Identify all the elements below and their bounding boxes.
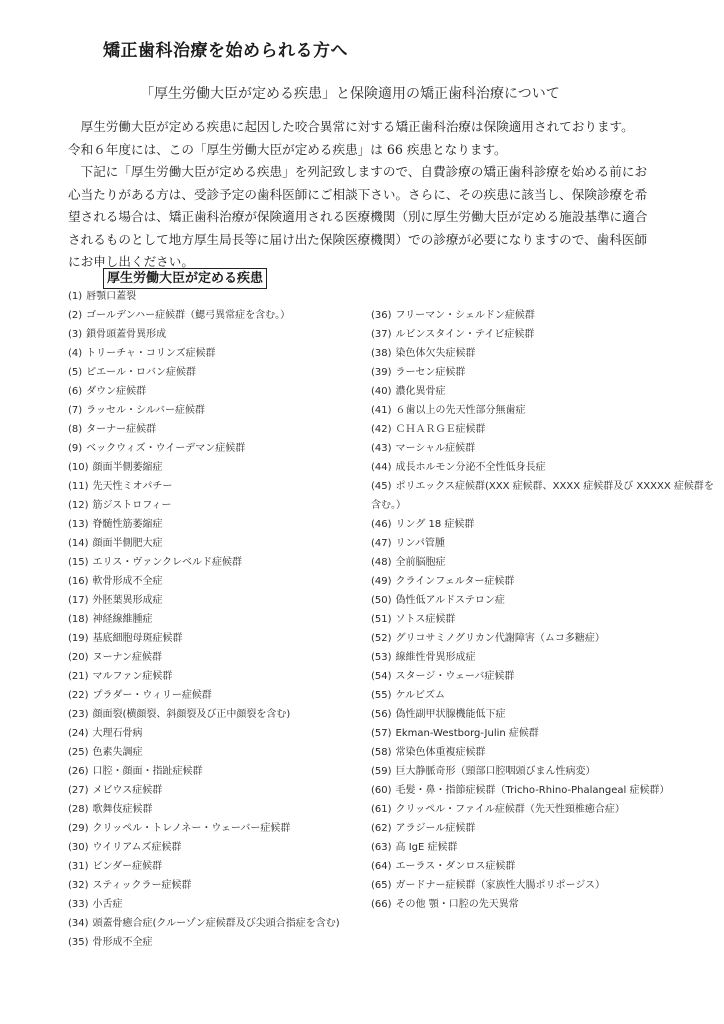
disease-list-item: (32)スティックラー症候群 — [68, 876, 340, 895]
disease-list-item: (9)ベックウィズ・ウイーデマン症候群 — [68, 439, 340, 458]
disease-number: (60) — [371, 785, 392, 796]
disease-name: ＣＨＡＲＧＥ症候群 — [396, 424, 486, 435]
disease-name: 鎖骨頭蓋骨異形成 — [86, 329, 166, 340]
disease-list-item: (53)線維性骨異形成症 — [371, 648, 721, 667]
disease-name: エリス・ヴァンクレベルド症候群 — [93, 557, 243, 568]
disease-name: 神経線維腫症 — [93, 614, 153, 625]
disease-name: プラダー・ウィリー症候群 — [93, 690, 212, 701]
disease-list-item: (35)骨形成不全症 — [68, 933, 340, 952]
disease-list-item: (3)鎖骨頭蓋骨異形成 — [68, 325, 340, 344]
disease-number: (27) — [68, 785, 89, 796]
disease-number: (59) — [371, 766, 392, 777]
disease-number: (29) — [68, 823, 89, 834]
disease-list-item: (2)ゴールデンハー症候群（鰓弓異常症を含む。） — [68, 306, 340, 325]
disease-name: アラジール症候群 — [396, 823, 476, 834]
disease-name: 頭蓋骨癒合症(クルーゾン症候群及び尖頭合指症を含む) — [93, 918, 340, 929]
disease-number: (3) — [68, 329, 82, 340]
disease-name: トリーチャ・コリンズ症候群 — [86, 348, 215, 359]
disease-name: クリッペル・トレノネー・ウェーバー症候群 — [93, 823, 291, 834]
disease-list-item: (50)偽性低アルドステロン症 — [371, 591, 721, 610]
disease-list-item: (54)スタージ・ウェーバ症候群 — [371, 667, 721, 686]
disease-list-item: (42)ＣＨＡＲＧＥ症候群 — [371, 420, 721, 439]
disease-list-item: (28)歌舞伎症候群 — [68, 800, 340, 819]
disease-number: (58) — [371, 747, 392, 758]
disease-name: その他 顎・口腔の先天異常 — [396, 899, 519, 910]
disease-name: ウイリアムズ症候群 — [93, 842, 182, 853]
intro-paragraph-2: 下記に「厚生労働大臣が定める疾患」を列記致しますので、自費診療の矯正歯科診療を始… — [68, 161, 658, 274]
disease-list-item: (59)巨大静脈奇形（頸部口腔咽頭びまん性病変） — [371, 762, 721, 781]
disease-name: 軟骨形成不全症 — [93, 576, 163, 587]
disease-number: (5) — [68, 367, 82, 378]
disease-list-item: (7)ラッセル・シルバー症候群 — [68, 401, 340, 420]
disease-name: 筋ジストロフィー — [93, 500, 172, 511]
disease-list-item: (38)染色体欠失症候群 — [371, 344, 721, 363]
disease-number: (2) — [68, 310, 82, 321]
disease-list-item: (37)ルビンスタイン・テイビ症候群 — [371, 325, 721, 344]
disease-name: 巨大静脈奇形（頸部口腔咽頭びまん性病変） — [396, 766, 596, 777]
disease-list-item: (41)６歯以上の先天性部分無歯症 — [371, 401, 721, 420]
intro-text: 厚生労働大臣が定める疾患に起因した咬合異常に対する矯正歯科治療は保険適用されてお… — [68, 116, 658, 274]
disease-list-item: (57)Ekman-Westborg-Julin 症候群 — [371, 724, 721, 743]
disease-name: ダウン症候群 — [86, 386, 146, 397]
disease-number: (6) — [68, 386, 82, 397]
disease-list-right: (36)フリーマン・シェルドン症候群(37)ルビンスタイン・テイビ症候群(38)… — [371, 306, 721, 914]
disease-name: 顔面半側肥大症 — [93, 538, 163, 549]
disease-name: スタージ・ウェーバ症候群 — [396, 671, 515, 682]
disease-number: (50) — [371, 595, 392, 606]
disease-name: ゴールデンハー症候群（鰓弓異常症を含む。） — [86, 310, 290, 321]
disease-list-item: (24)大理石骨病 — [68, 724, 340, 743]
disease-name: 常染色体重複症候群 — [396, 747, 486, 758]
disease-name: メビウス症候群 — [93, 785, 163, 796]
disease-list-item: (60)毛髪・鼻・指節症候群（Tricho-Rhino-Phalangeal 症… — [371, 781, 721, 800]
disease-list-item: (14)顔面半側肥大症 — [68, 534, 340, 553]
disease-name: 基底細胞母斑症候群 — [93, 633, 183, 644]
disease-name: 骨形成不全症 — [93, 937, 153, 948]
disease-number: (43) — [371, 443, 392, 454]
disease-number: (22) — [68, 690, 89, 701]
disease-list-item: (19)基底細胞母斑症候群 — [68, 629, 340, 648]
disease-number: (8) — [68, 424, 82, 435]
disease-number: (47) — [371, 538, 392, 549]
disease-name: マーシャル症候群 — [396, 443, 476, 454]
disease-number: (10) — [68, 462, 89, 473]
disease-list-heading: 厚生労働大臣が定める疾患 — [103, 268, 267, 289]
intro-paragraph-1: 厚生労働大臣が定める疾患に起因した咬合異常に対する矯正歯科治療は保険適用されてお… — [68, 116, 658, 139]
disease-list-item: (15)エリス・ヴァンクレベルド症候群 — [68, 553, 340, 572]
disease-name: 顔面半側萎縮症 — [93, 462, 163, 473]
disease-list-item: (43)マーシャル症候群 — [371, 439, 721, 458]
disease-name: リング 18 症候群 — [396, 519, 475, 530]
disease-number: (23) — [68, 709, 89, 720]
disease-list-item: (17)外胚葉異形成症 — [68, 591, 340, 610]
disease-number: (15) — [68, 557, 89, 568]
disease-number: (49) — [371, 576, 392, 587]
disease-number: (32) — [68, 880, 89, 891]
disease-name: 毛髪・鼻・指節症候群（Tricho-Rhino-Phalangeal 症候群） — [396, 785, 670, 796]
intro-paragraph-1-line-2: 令和６年度には、この「厚生労働大臣が定める疾患」は 66 疾患となります。 — [68, 139, 658, 162]
disease-name: 唇顎口蓋裂 — [86, 291, 136, 302]
disease-list-item: (25)色素失調症 — [68, 743, 340, 762]
disease-list-item: (4)トリーチャ・コリンズ症候群 — [68, 344, 340, 363]
disease-list-item: (56)偽性副甲状腺機能低下症 — [371, 705, 721, 724]
disease-number: (33) — [68, 899, 89, 910]
disease-number: (63) — [371, 842, 392, 853]
disease-list-item: (66)その他 顎・口腔の先天異常 — [371, 895, 721, 914]
disease-number: (28) — [68, 804, 89, 815]
disease-list-item: (11)先天性ミオパチー — [68, 477, 340, 496]
disease-name: ラッセル・シルバー症候群 — [86, 405, 205, 416]
disease-name: ピエール・ロバン症候群 — [86, 367, 196, 378]
disease-number: (31) — [68, 861, 89, 872]
disease-list-item: (21)マルファン症候群 — [68, 667, 340, 686]
disease-name: ガードナー症候群（家族性大腸ポリポージス） — [396, 880, 606, 891]
disease-list-item: (46)リング 18 症候群 — [371, 515, 721, 534]
disease-name: Ekman-Westborg-Julin 症候群 — [396, 728, 539, 739]
disease-name: マルファン症候群 — [93, 671, 173, 682]
disease-number: (46) — [371, 519, 392, 530]
disease-number: (53) — [371, 652, 392, 663]
disease-number: (14) — [68, 538, 89, 549]
disease-number: (41) — [371, 405, 392, 416]
disease-name: スティックラー症候群 — [93, 880, 192, 891]
disease-name: ルビンスタイン・テイビ症候群 — [396, 329, 535, 340]
disease-number: (39) — [371, 367, 392, 378]
disease-name: 線維性骨異形成症 — [396, 652, 476, 663]
disease-list-item: (23)顔面裂(横顔裂、斜顔裂及び正中顔裂を含む) — [68, 705, 340, 724]
disease-name: 顔面裂(横顔裂、斜顔裂及び正中顔裂を含む) — [93, 709, 291, 720]
disease-list-item: (27)メビウス症候群 — [68, 781, 340, 800]
disease-name: ターナー症候群 — [86, 424, 156, 435]
disease-name: 先天性ミオパチー — [93, 481, 173, 492]
disease-list-item: (1)唇顎口蓋裂 — [68, 287, 340, 306]
disease-list-item: (6)ダウン症候群 — [68, 382, 340, 401]
disease-name: 高 IgE 症候群 — [396, 842, 458, 853]
disease-list-item: (20)ヌーナン症候群 — [68, 648, 340, 667]
disease-number: (61) — [371, 804, 392, 815]
disease-name: 染色体欠失症候群 — [396, 348, 476, 359]
disease-name: ラーセン症候群 — [396, 367, 466, 378]
disease-list-item: (22)プラダー・ウィリー症候群 — [68, 686, 340, 705]
disease-number: (64) — [371, 861, 392, 872]
disease-number: (17) — [68, 595, 89, 606]
disease-number: (42) — [371, 424, 392, 435]
page-subtitle: 「厚生労働大臣が定める疾患」と保険適用の矯正歯科治療について — [140, 83, 560, 103]
disease-name: 大理石骨病 — [93, 728, 143, 739]
disease-list-item: (55)ケルビズム — [371, 686, 721, 705]
disease-list-item: (51)ソトス症候群 — [371, 610, 721, 629]
disease-list-item: (31)ビンダー症候群 — [68, 857, 340, 876]
disease-name: エーラス・ダンロス症候群 — [396, 861, 516, 872]
disease-name: 外胚葉異形成症 — [93, 595, 163, 606]
disease-list-item: (34)頭蓋骨癒合症(クルーゾン症候群及び尖頭合指症を含む) — [68, 914, 340, 933]
disease-list-item: (65)ガードナー症候群（家族性大腸ポリポージス） — [371, 876, 721, 895]
disease-number: (66) — [371, 899, 392, 910]
disease-list-item: (44)成長ホルモン分泌不全性低身長症 — [371, 458, 721, 477]
disease-number: (9) — [68, 443, 82, 454]
disease-number: (55) — [371, 690, 392, 701]
disease-list-item: (52)グリコサミノグリカン代謝障害（ムコ多糖症） — [371, 629, 721, 648]
disease-name: 脊髄性筋萎縮症 — [93, 519, 163, 530]
disease-list-item: (48)全前脳胞症 — [371, 553, 721, 572]
disease-list-item: (58)常染色体重複症候群 — [371, 743, 721, 762]
disease-name: ケルビズム — [396, 690, 446, 701]
disease-list-item: (10)顔面半側萎縮症 — [68, 458, 340, 477]
disease-number: (11) — [68, 481, 89, 492]
disease-name: 濃化異骨症 — [396, 386, 446, 397]
disease-number: (24) — [68, 728, 89, 739]
disease-name: リンパ管腫 — [396, 538, 445, 549]
disease-name: 全前脳胞症 — [396, 557, 446, 568]
disease-name: グリコサミノグリカン代謝障害（ムコ多糖症） — [396, 633, 605, 644]
disease-list-item: (49)クラインフェルター症候群 — [371, 572, 721, 591]
disease-number: (25) — [68, 747, 89, 758]
disease-list-item: (40)濃化異骨症 — [371, 382, 721, 401]
disease-list-item: (36)フリーマン・シェルドン症候群 — [371, 306, 721, 325]
disease-number: (38) — [371, 348, 392, 359]
disease-list-item: (47)リンパ管腫 — [371, 534, 721, 553]
disease-number: (34) — [68, 918, 89, 929]
disease-name: 口腔・顔面・指趾症候群 — [93, 766, 203, 777]
disease-number: (13) — [68, 519, 89, 530]
disease-number: (20) — [68, 652, 89, 663]
disease-number: (12) — [68, 500, 89, 511]
disease-number: (7) — [68, 405, 82, 416]
disease-number: (35) — [68, 937, 89, 948]
disease-list-item: (63)高 IgE 症候群 — [371, 838, 721, 857]
disease-number: (30) — [68, 842, 89, 853]
disease-name: クラインフェルター症候群 — [396, 576, 515, 587]
disease-number: (40) — [371, 386, 392, 397]
disease-list-item: (26)口腔・顔面・指趾症候群 — [68, 762, 340, 781]
disease-list-item: (30)ウイリアムズ症候群 — [68, 838, 340, 857]
disease-name: ビンダー症候群 — [93, 861, 163, 872]
disease-name: ６歯以上の先天性部分無歯症 — [396, 405, 526, 416]
disease-number: (57) — [371, 728, 392, 739]
disease-list-item: (18)神経線維腫症 — [68, 610, 340, 629]
disease-list-item: (62)アラジール症候群 — [371, 819, 721, 838]
disease-number: (4) — [68, 348, 82, 359]
disease-list-item: (5)ピエール・ロバン症候群 — [68, 363, 340, 382]
disease-list-item: (33)小舌症 — [68, 895, 340, 914]
page-title: 矯正歯科治療を始められる方へ — [103, 36, 348, 61]
disease-name: 小舌症 — [93, 899, 123, 910]
disease-name: 偽性低アルドステロン症 — [396, 595, 505, 606]
disease-list-item: (61)クリッペル・ファイル症候群（先天性頸椎癒合症） — [371, 800, 721, 819]
disease-name: 成長ホルモン分泌不全性低身長症 — [396, 462, 546, 473]
disease-name: 色素失調症 — [93, 747, 143, 758]
disease-number: (56) — [371, 709, 392, 720]
disease-name: ベックウィズ・ウイーデマン症候群 — [86, 443, 245, 454]
disease-number: (36) — [371, 310, 392, 321]
disease-list-item: (13)脊髄性筋萎縮症 — [68, 515, 340, 534]
disease-list-item: (39)ラーセン症候群 — [371, 363, 721, 382]
disease-number: (26) — [68, 766, 89, 777]
disease-number: (45) — [371, 481, 392, 492]
disease-number: (18) — [68, 614, 89, 625]
disease-name: クリッペル・ファイル症候群（先天性頸椎癒合症） — [396, 804, 625, 815]
disease-name: 歌舞伎症候群 — [93, 804, 153, 815]
disease-number: (48) — [371, 557, 392, 568]
disease-list-item: (64)エーラス・ダンロス症候群 — [371, 857, 721, 876]
disease-number: (44) — [371, 462, 392, 473]
disease-number: (1) — [68, 291, 82, 302]
disease-number: (52) — [371, 633, 392, 644]
disease-number: (19) — [68, 633, 89, 644]
disease-list-item: (12)筋ジストロフィー — [68, 496, 340, 515]
disease-name: 偽性副甲状腺機能低下症 — [396, 709, 506, 720]
disease-list-item: (45)ポリエックス症候群(XXX 症候群、XXXX 症候群及び XXXXX 症… — [371, 477, 717, 515]
disease-number: (65) — [371, 880, 392, 891]
disease-number: (37) — [371, 329, 392, 340]
disease-number: (62) — [371, 823, 392, 834]
disease-number: (16) — [68, 576, 89, 587]
disease-name: ヌーナン症候群 — [93, 652, 163, 663]
disease-list-item: (29)クリッペル・トレノネー・ウェーバー症候群 — [68, 819, 340, 838]
disease-name: ポリエックス症候群(XXX 症候群、XXXX 症候群及び XXXXX 症候群を含… — [371, 481, 714, 511]
disease-name: フリーマン・シェルドン症候群 — [396, 310, 535, 321]
disease-list-item: (16)軟骨形成不全症 — [68, 572, 340, 591]
disease-list-left: (1)唇顎口蓋裂(2)ゴールデンハー症候群（鰓弓異常症を含む。）(3)鎖骨頭蓋骨… — [68, 287, 340, 952]
disease-number: (54) — [371, 671, 392, 682]
disease-number: (21) — [68, 671, 89, 682]
disease-name: ソトス症候群 — [396, 614, 456, 625]
disease-number: (51) — [371, 614, 392, 625]
disease-list-item: (8)ターナー症候群 — [68, 420, 340, 439]
